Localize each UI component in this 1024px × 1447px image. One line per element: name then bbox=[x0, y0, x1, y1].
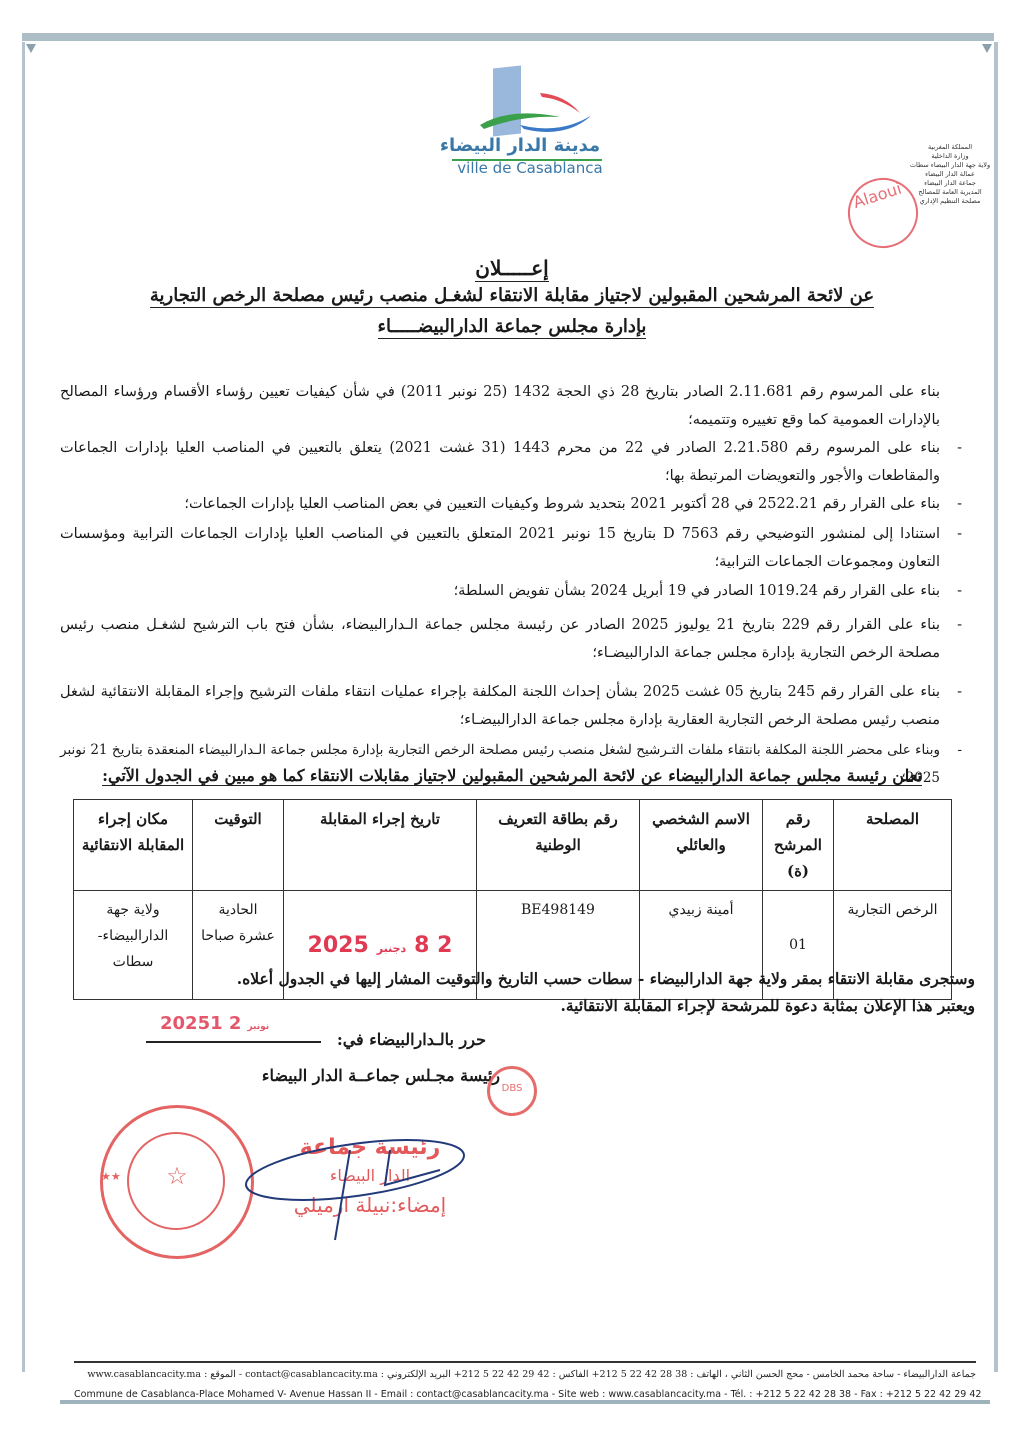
preamble-item: - بناء على المرسوم رقم 2.21.580 الصادر ف… bbox=[60, 434, 940, 490]
footer-bar bbox=[60, 1400, 990, 1404]
table-header-row: المصلحة رقم المرشح (ة) الاسم الشخصي والع… bbox=[74, 800, 952, 891]
footer-french-contact: Commune de Casablanca-Place Mohamed V- A… bbox=[74, 1389, 976, 1400]
announcement-text: تعلن رئيسة مجلس جماعة الدارالبيضاء عن لا… bbox=[102, 766, 922, 786]
header-line: جماعة الدار البيضاء bbox=[895, 179, 1005, 188]
frame-corner-left bbox=[26, 44, 36, 53]
date-month: دجنبر bbox=[377, 942, 406, 955]
date-day: 2 8 bbox=[414, 933, 452, 958]
col-header-name: الاسم الشخصي والعائلي bbox=[640, 800, 763, 891]
casablanca-logo: مدينة الدار البيضاء ville de Casablanca bbox=[420, 55, 620, 185]
preamble-item: - استنادا إلى لمنشور التوضيحي رقم D 7563… bbox=[60, 520, 940, 576]
date-year: 2025 bbox=[308, 933, 369, 958]
col-header-cin: رقم بطاقة التعريف الوطنية bbox=[477, 800, 640, 891]
preamble-item: - بناء على القرار رقم 1019.24 الصادر في … bbox=[60, 577, 940, 605]
bullet-dash: - bbox=[957, 490, 962, 518]
preamble-text: بناء على القرار رقم 229 بتاريخ 21 يوليوز… bbox=[60, 617, 940, 661]
preamble-item: - بناء على القرار رقم 229 بتاريخ 21 يولي… bbox=[60, 611, 940, 667]
footer-divider bbox=[74, 1361, 976, 1363]
preamble-text: بناء على القرار رقم 245 بتاريخ 05 غشت 20… bbox=[60, 684, 940, 728]
logo-name-french: ville de Casablanca bbox=[440, 159, 620, 177]
bullet-dash: - bbox=[957, 611, 962, 639]
preamble-text: بناء على القرار رقم 1019.24 الصادر في 19… bbox=[454, 583, 940, 599]
col-header-interview-date: تاريخ إجراء المقابلة bbox=[284, 800, 477, 891]
header-line: عمالة الدار البيضاء bbox=[895, 170, 1005, 179]
page-title: إعـــــلان bbox=[0, 256, 1024, 280]
title-line-1: إعـــــلان bbox=[475, 256, 548, 282]
header-line: ولاية جهة الدار البيضاء سطات bbox=[895, 161, 1005, 170]
col-header-service: المصلحة bbox=[834, 800, 952, 891]
bullet-dash: - bbox=[957, 577, 962, 605]
star-icon: ☆ bbox=[103, 1162, 251, 1190]
title-line-2: عن لائحة المرشحين المقبولين لاجتياز مقاب… bbox=[150, 285, 874, 308]
page-frame-top-bar bbox=[22, 33, 994, 41]
preamble-item: - بناء على القرار رقم 2522.21 في 28 أكتو… bbox=[60, 490, 940, 518]
announcement-heading: تعلن رئيسة مجلس جماعة الدارالبيضاء عن لا… bbox=[0, 766, 1024, 785]
signatory-title: رئيسة مجـلس جماعــة الدار البيضاء bbox=[210, 1066, 500, 1085]
date-stamp: 2 8دجنبر2025 bbox=[290, 933, 470, 962]
preamble-text: بناء على المرسوم رقم 2.11.681 الصادر بتا… bbox=[60, 384, 940, 428]
handwritten-signature-icon bbox=[240, 1130, 470, 1250]
official-round-seal: ☆ ★★ bbox=[100, 1105, 254, 1259]
seal-stars-icon: ★★ bbox=[101, 1170, 121, 1183]
bullet-dash: - bbox=[957, 678, 962, 706]
small-seal-stamp: DBS bbox=[487, 1066, 537, 1116]
logo-waves-icon bbox=[480, 85, 590, 135]
header-line: المملكة المغربية bbox=[895, 143, 1005, 152]
preamble-text: استنادا إلى لمنشور التوضيحي رقم D 7563 ب… bbox=[60, 526, 940, 570]
closing-line-1: وستجرى مقابلة الانتقاء بمقر ولاية جهة ال… bbox=[120, 966, 975, 992]
title-line-3: بإدارة مجلس جماعة الدارالبيضـــــاء bbox=[378, 316, 647, 339]
page-frame-left-bar bbox=[22, 42, 25, 1372]
page-frame-right-bar bbox=[994, 42, 998, 1372]
subtitle-2: بإدارة مجلس جماعة الدارالبيضـــــاء bbox=[0, 316, 1024, 337]
frame-corner-right bbox=[982, 44, 992, 53]
bullet-dash: - bbox=[957, 736, 962, 764]
bullet-dash: - bbox=[957, 434, 962, 462]
col-header-candidate-no: رقم المرشح (ة) bbox=[763, 800, 834, 891]
bullet-dash: - bbox=[957, 520, 962, 548]
signoff-place: حرر بالـدارالبيضاء في: bbox=[146, 1030, 486, 1049]
preamble-item: بناء على المرسوم رقم 2.11.681 الصادر بتا… bbox=[60, 378, 940, 434]
preamble-item: - بناء على القرار رقم 245 بتاريخ 05 غشت … bbox=[60, 678, 940, 734]
footer-arabic-contact: جماعة الدارالبيضاء - ساحة محمد الخامس - … bbox=[74, 1369, 976, 1380]
preamble-text: بناء على المرسوم رقم 2.21.580 الصادر في … bbox=[60, 440, 940, 484]
col-header-place: مكان إجراء المقابلة الانتقائية bbox=[74, 800, 193, 891]
subtitle: عن لائحة المرشحين المقبولين لاجتياز مقاب… bbox=[0, 285, 1024, 306]
col-header-time: التوقيت bbox=[193, 800, 284, 891]
preamble-text: بناء على القرار رقم 2522.21 في 28 أكتوبر… bbox=[184, 496, 940, 512]
header-line: وزارة الداخلية bbox=[895, 152, 1005, 161]
logo-name-arabic: مدينة الدار البيضاء bbox=[430, 135, 610, 156]
